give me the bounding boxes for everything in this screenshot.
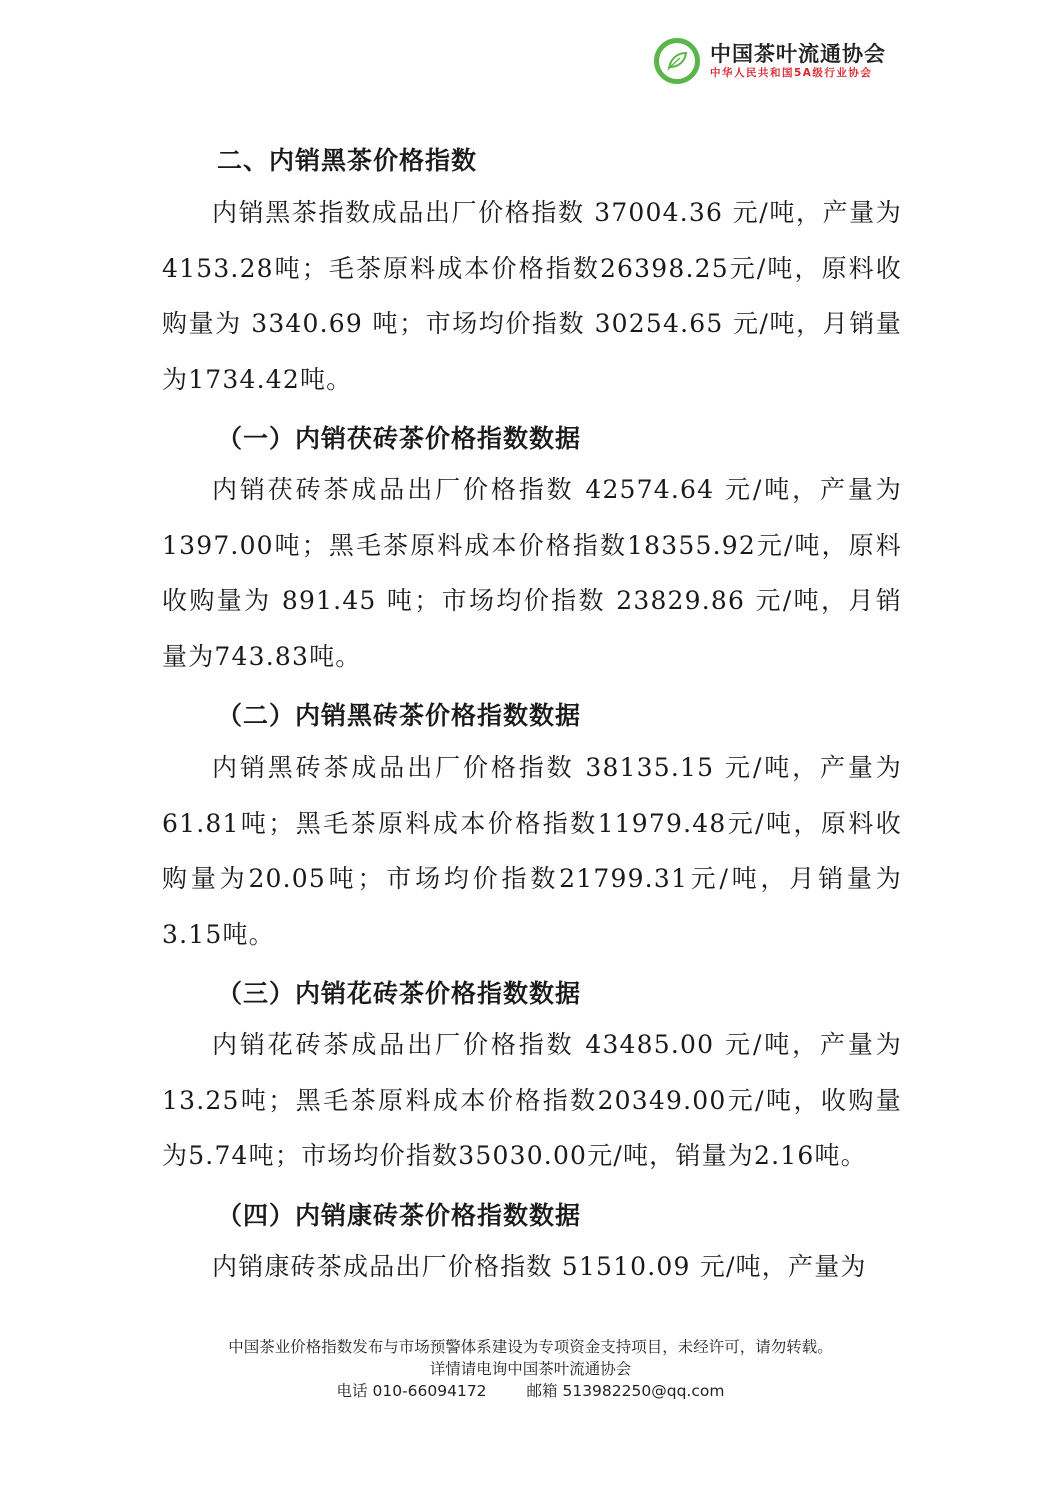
subsection-title: （三）内销花砖茶价格指数数据: [217, 974, 581, 1010]
subsection-body: 内销花砖茶成品出厂价格指数 43485.00 元/吨，产量为13.25吨；黑毛茶…: [162, 1017, 902, 1184]
subsection-title: （四）内销康砖茶价格指数数据: [217, 1196, 581, 1232]
org-name: 中国茶叶流通协会: [710, 42, 886, 66]
footer: 中国茶业价格指数发布与市场预警体系建设为专项资金支持项目，未经许可，请勿转载。 …: [0, 1336, 1061, 1402]
footer-notice: 中国茶业价格指数发布与市场预警体系建设为专项资金支持项目，未经许可，请勿转载。: [0, 1336, 1061, 1358]
footer-email[interactable]: 邮箱 513982250@qq.com: [527, 1382, 725, 1400]
tea-leaf-icon: [654, 38, 700, 84]
subsection-body: 内销黑砖茶成品出厂价格指数 38135.15 元/吨，产量为61.81吨；黑毛茶…: [162, 740, 902, 962]
footer-contact-line: 详情请电询中国茶叶流通协会: [0, 1358, 1061, 1380]
subsection-title: （二）内销黑砖茶价格指数数据: [217, 696, 581, 732]
org-subtitle: 中华人民共和国5A级行业协会: [710, 66, 886, 80]
subsection-title: （一）内销茯砖茶价格指数数据: [217, 419, 581, 455]
section-title: 二、内销黑茶价格指数: [217, 141, 477, 177]
subsection-body: 内销康砖茶成品出厂价格指数 51510.09 元/吨，产量为: [162, 1239, 902, 1295]
header-logo: 中国茶叶流通协会 中华人民共和国5A级行业协会: [654, 38, 886, 84]
subsection-body: 内销茯砖茶成品出厂价格指数 42574.64 元/吨，产量为1397.00吨；黑…: [162, 462, 902, 684]
footer-phone: 电话 010-66094172: [337, 1382, 487, 1400]
section-intro: 内销黑茶指数成品出厂价格指数 37004.36 元/吨，产量为4153.28吨；…: [162, 185, 902, 407]
